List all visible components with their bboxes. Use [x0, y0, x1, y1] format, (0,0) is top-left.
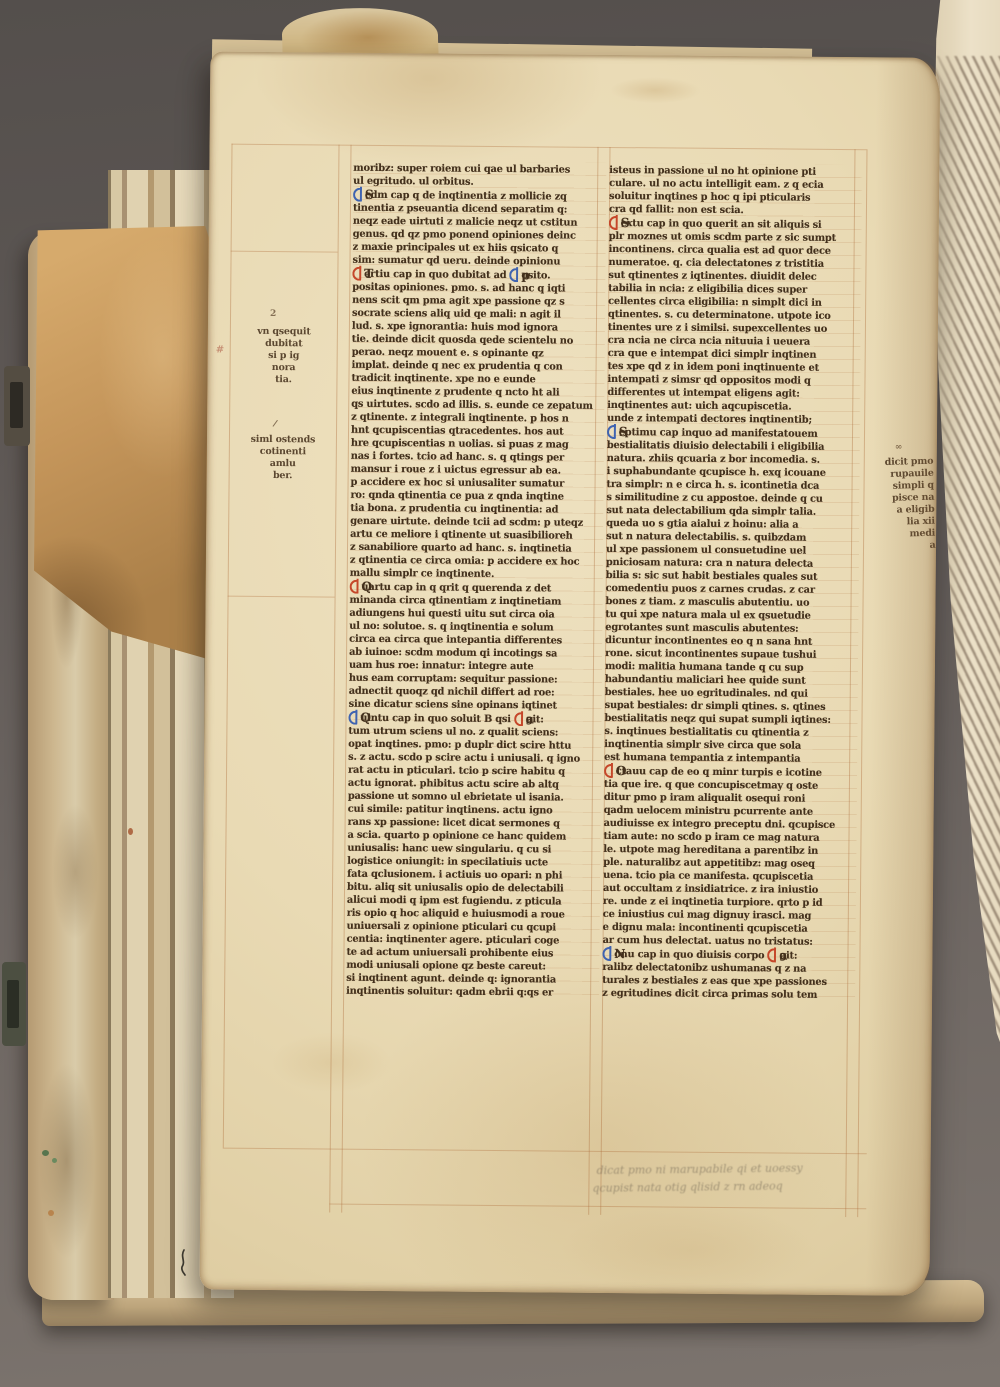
margin-note-left-lower: siml ostendscotinentiamluber. [235, 434, 331, 483]
vellum-stain [559, 1205, 820, 1297]
gutter-shadow [866, 57, 941, 1296]
margin-note-line: si p ig [236, 350, 332, 363]
initial-letter: S [621, 216, 630, 229]
capitulum-mark [352, 267, 362, 278]
capitulum-mark [604, 764, 614, 775]
margin-note-line: siml ostends [235, 434, 331, 447]
margin-note-line: ber. [235, 470, 331, 483]
capitulum-mark [514, 712, 524, 723]
capitulum-mark [348, 711, 358, 722]
text-column-right: isteus in passione ul no ht opinione pti… [602, 163, 862, 999]
initial-letter: a [779, 948, 787, 961]
manuscript-line: z egritudines dicit circa primas solu te… [602, 987, 850, 1002]
vellum-stain [610, 77, 700, 104]
clasp-remnant-top [4, 366, 30, 446]
ink-blot [176, 1248, 192, 1278]
initial-letter: Q [361, 580, 372, 593]
capitulum-mark [768, 948, 778, 959]
faint-inscription-line: qcupist nata otig qlisid z rn adeoq [592, 1179, 782, 1197]
faint-inscription-line: dicat pmo ni marupabile qi et uoessy [597, 1161, 803, 1180]
ruling-line [329, 1204, 866, 1210]
initial-letter: S [619, 425, 628, 438]
vellum-stain [271, 1032, 392, 1093]
margin-note-line: vn qsequit [236, 326, 332, 339]
margin-note-line: tia. [235, 374, 331, 387]
capitulum-mark [607, 425, 617, 436]
rust-speck [128, 828, 133, 835]
margin-note-left-upper: vn qsequitdubitatsi p ignoratia. [235, 326, 332, 387]
ruling-line [223, 144, 233, 1148]
capitulum-mark [350, 580, 360, 591]
ruling-line [228, 596, 335, 598]
capitulum-mark [353, 188, 363, 199]
manuscript-page: moribz: super roiem cui qae ul barbaries… [200, 51, 941, 1295]
manuscript-photo: moribz: super roiem cui qae ul barbaries… [0, 0, 1000, 1387]
initial-letter: Q [360, 711, 371, 724]
green-speck [42, 1150, 49, 1156]
capitulum-mark [609, 216, 619, 227]
margin-note-line: dubitat [236, 338, 332, 351]
capitulum-mark [510, 268, 520, 279]
initial-letter: T [364, 267, 373, 280]
manuscript-line: inqtinentis soluitur: qadm ebrii q:qs er [346, 985, 594, 1000]
ruling-line [223, 1148, 867, 1155]
tie-mark: / [272, 420, 278, 430]
initial-letter: p [521, 268, 529, 281]
initial-letter: a [526, 712, 534, 725]
ruling-line [232, 144, 867, 151]
initial-letter: S [365, 188, 374, 201]
green-speck [52, 1158, 57, 1163]
text-column-left: moribz: super roiem cui qae ul barbaries… [346, 161, 606, 997]
initial-letter: O [616, 764, 627, 777]
margin-note-line: cotinenti [235, 446, 331, 459]
tie-mark: 2 [270, 310, 276, 319]
margin-note-line: amlu [235, 458, 331, 471]
capitulum-mark [602, 947, 612, 958]
margin-note-line: nora [236, 362, 332, 375]
hash-mark: # [216, 346, 224, 356]
clasp-remnant-bottom [2, 962, 26, 1046]
initial-letter: N [614, 947, 625, 960]
rust-speck [48, 1210, 54, 1216]
ruling-line [231, 251, 338, 253]
